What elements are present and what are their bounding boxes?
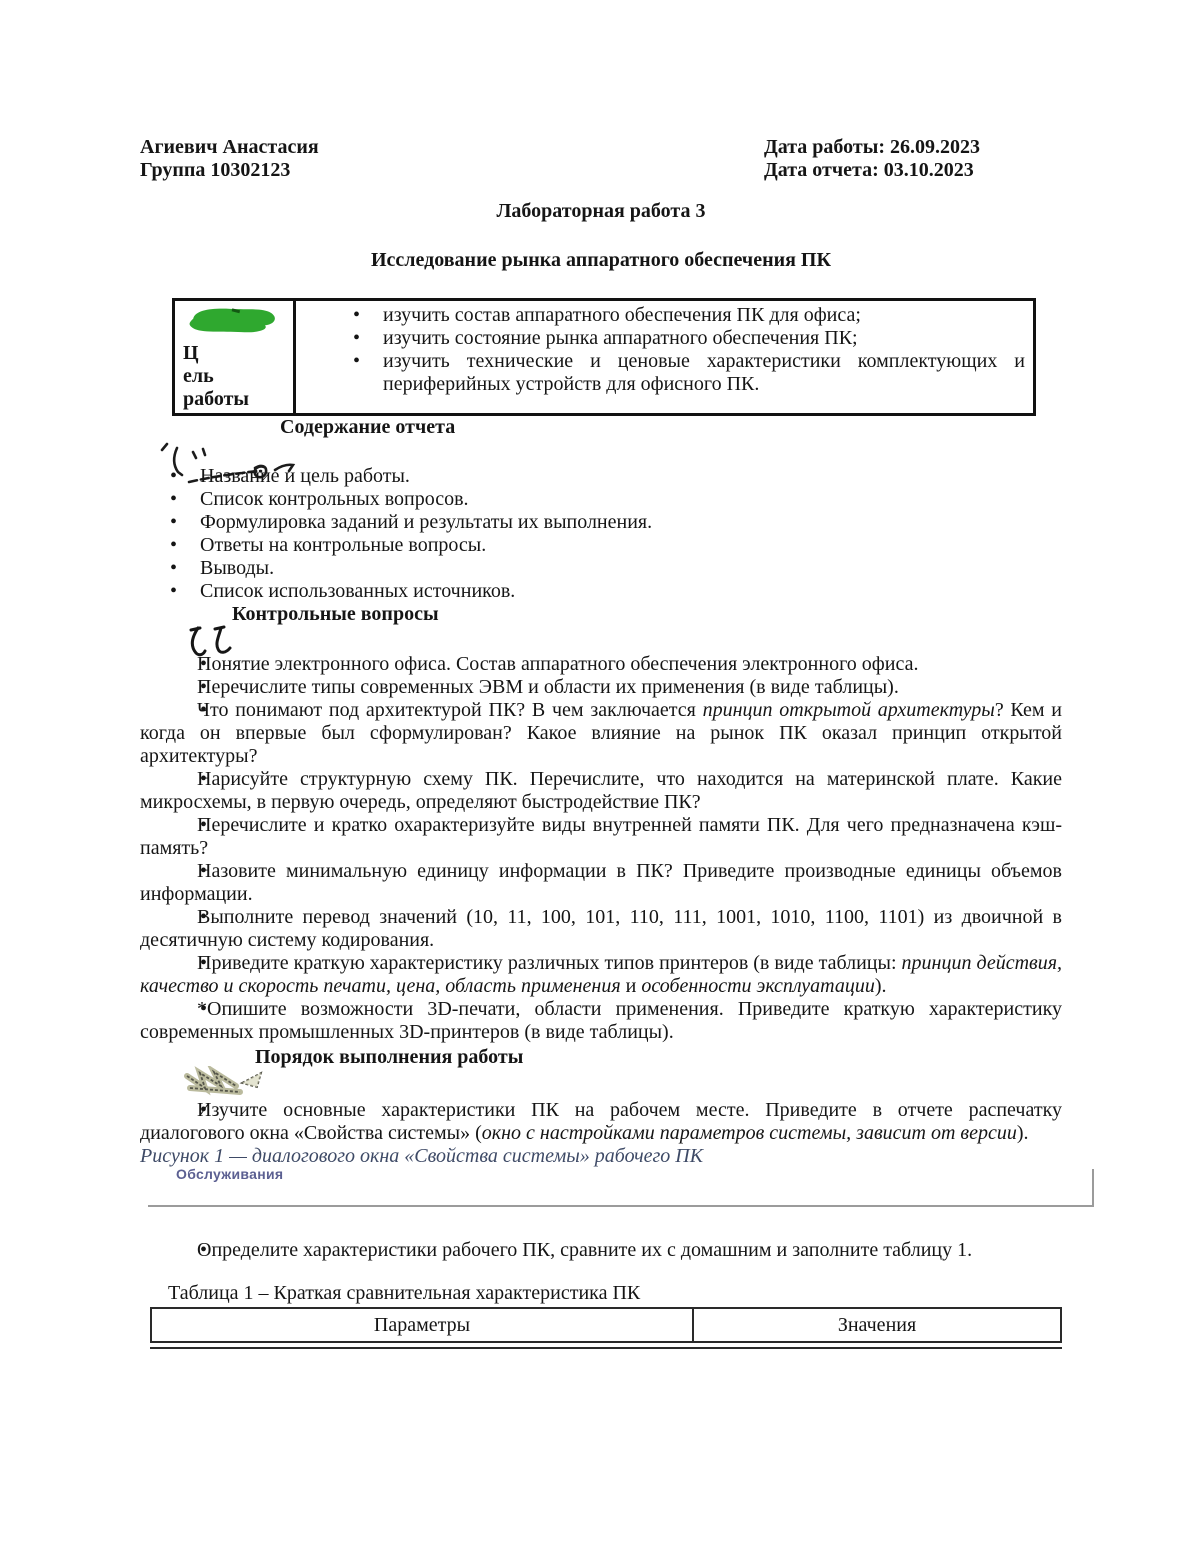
question-item: •Что понимают под архитектурой ПК? В чем… [140, 699, 1062, 768]
question-item: •Выполните перевод значений (10, 11, 100… [140, 906, 1062, 952]
question-item: •Перечислите и кратко охарактеризуйте ви… [140, 814, 1062, 860]
control-questions-heading: Контрольные вопросы [232, 603, 1062, 626]
lab-topic: Исследование рынка аппаратного обеспечен… [140, 249, 1062, 272]
procedure-step: •Изучите основные характеристики ПК на р… [140, 1099, 1062, 1145]
bullet-icon: • [353, 350, 360, 373]
bullet-icon: • [170, 1239, 197, 1262]
green-marker-highlight [183, 305, 281, 342]
goal-label-initial: Ц [183, 342, 199, 364]
question-item: •Назовите минимальную единицу информации… [140, 860, 1062, 906]
control-questions-list: •Понятие электронного офиса. Состав аппа… [140, 653, 1062, 1044]
goal-items: •изучить состав аппаратного обеспечения … [295, 300, 1035, 415]
student-name: Агиевич Анастасия [140, 136, 319, 159]
figure-fragment: Обслуживания [148, 1169, 1094, 1207]
bullet-icon: • [170, 653, 197, 676]
list-item: •Список использованных источников. [140, 580, 1062, 603]
work-date: Дата работы: 26.09.2023 [764, 136, 1062, 159]
document-page: Агиевич Анастасия Группа 10302123 Дата р… [0, 0, 1200, 1553]
bullet-icon: • [170, 580, 177, 603]
report-contents-list: •Название и цель работы. •Список контрол… [140, 465, 1062, 603]
goal-item: •изучить состояние рынка аппаратного обе… [296, 327, 1025, 350]
question-item: •*Опишите возможности 3D-печати, области… [140, 998, 1062, 1044]
bullet-icon: • [170, 906, 197, 929]
bullet-icon: • [170, 699, 197, 722]
bullet-icon: • [170, 768, 197, 791]
lab-title: Лабораторная работа 3 [140, 200, 1062, 223]
bullet-icon: • [353, 304, 360, 327]
report-contents-heading: Содержание отчета [280, 416, 1062, 439]
bullet-icon: • [170, 1099, 197, 1122]
table1-header-parameters: Параметры [151, 1308, 693, 1342]
bullet-icon: • [170, 488, 177, 511]
question-item: •Понятие электронного офиса. Состав аппа… [140, 653, 1062, 676]
procedure-step: •Определите характеристики рабочего ПК, … [140, 1239, 1062, 1262]
report-date: Дата отчета: 03.10.2023 [764, 159, 1062, 182]
table1-header-values: Значения [693, 1308, 1061, 1342]
bullet-icon: • [170, 814, 197, 837]
group-number: Группа 10302123 [140, 159, 319, 182]
figure-fragment-label: Обслуживания [176, 1166, 283, 1183]
goal-label: Ц ель работы [174, 300, 295, 415]
goal-item: •изучить технические и ценовые характери… [296, 350, 1025, 396]
goal-item: •изучить состав аппаратного обеспечения … [296, 304, 1025, 327]
bullet-icon: • [170, 676, 197, 699]
procedure-heading: Порядок выполнения работы [255, 1046, 1062, 1069]
bullet-icon: • [170, 998, 197, 1021]
goal-label-line3: работы [183, 388, 249, 410]
goal-label-line2: ель [183, 365, 214, 387]
list-item: •Формулировка заданий и результаты их вы… [140, 511, 1062, 534]
bullet-icon: • [170, 534, 177, 557]
bullet-icon: • [170, 860, 197, 883]
list-item: •Ответы на контрольные вопросы. [140, 534, 1062, 557]
bullet-icon: • [170, 465, 177, 488]
question-item: •Приведите краткую характеристику различ… [140, 952, 1062, 998]
table1-caption: Таблица 1 – Краткая сравнительная характ… [168, 1282, 1062, 1305]
table1: Параметры Значения [150, 1307, 1062, 1343]
list-item: •Название и цель работы. [140, 465, 1062, 488]
bullet-icon: • [170, 511, 177, 534]
bullet-icon: • [170, 952, 197, 975]
table-row: Параметры Значения [151, 1308, 1061, 1342]
list-item: •Выводы. [140, 557, 1062, 580]
bullet-icon: • [170, 557, 177, 580]
list-item: •Список контрольных вопросов. [140, 488, 1062, 511]
goal-table: Ц ель работы •изучить состав аппаратного… [172, 298, 1036, 416]
header: Агиевич Анастасия Группа 10302123 Дата р… [140, 136, 1062, 182]
bullet-icon: • [353, 327, 360, 350]
question-item: •Нарисуйте структурную схему ПК. Перечис… [140, 768, 1062, 814]
table1-cutoff-line [150, 1347, 1062, 1349]
figure-caption: Рисунок 1 — диалогового окна «Свойства с… [140, 1145, 1062, 1168]
question-item: •Перечислите типы современных ЭВМ и обла… [140, 676, 1062, 699]
